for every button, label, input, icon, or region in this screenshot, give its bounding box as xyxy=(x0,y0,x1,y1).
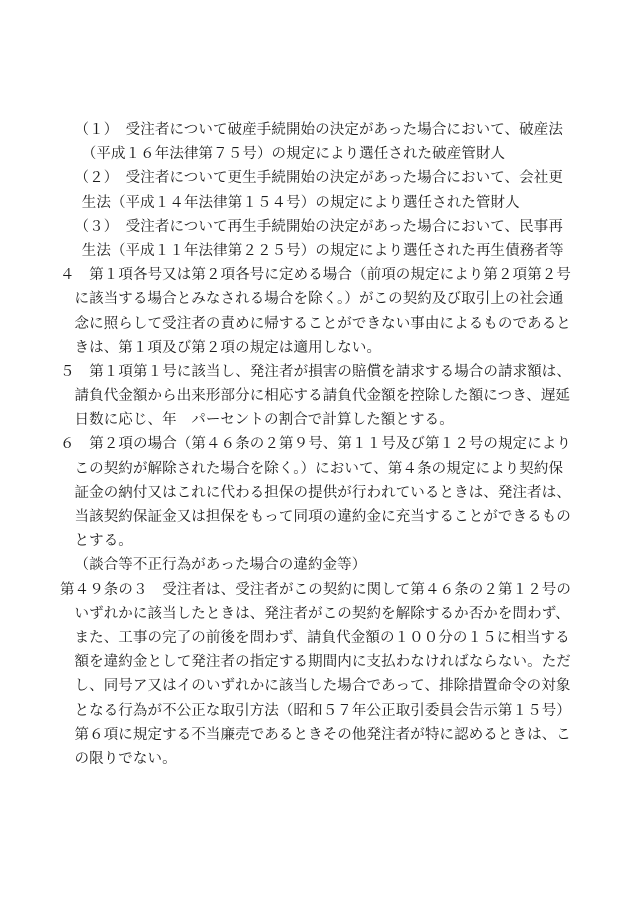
article-49-3-line-5: し、同号ア又はイのいずれかに該当した場合であって、排除措置命令の対象 xyxy=(60,674,610,698)
paragraph-4-line-1: ４ 第１項各号又は第２項各号に定める場合（前項の規定により第２項第２号 xyxy=(60,263,610,287)
item-3-line-2: 生法（平成１１年法律第２２５号）の規定により選任された再生債務者等 xyxy=(60,239,610,263)
paragraph-5-line-1: ５ 第１項第１号に該当し、発注者が損害の賠償を請求する場合の請求額は、 xyxy=(60,360,610,384)
article-49-3-line-8: の限りでない。 xyxy=(60,747,610,771)
paragraph-4-line-4: きは、第１項及び第２項の規定は適用しない。 xyxy=(60,336,610,360)
item-1-line-2: （平成１６年法律第７５号）の規定により選任された破産管財人 xyxy=(60,142,610,166)
item-2-line-2: 生法（平成１４年法律第１５４号）の規定により選任された管財人 xyxy=(60,191,610,215)
paragraph-6-line-2: この契約が解除された場合を除く。）において、第４条の規定により契約保 xyxy=(60,457,610,481)
paragraph-5-line-2: 請負代金額から出来形部分に相応する請負代金額を控除した額につき、遅延 xyxy=(60,384,610,408)
paragraph-5-line-3: 日数に応じ、年 パーセントの割合で計算した額とする。 xyxy=(60,408,610,432)
article-49-3-line-4: 額を違約金として発注者の指定する期間内に支払わなければならない。ただ xyxy=(60,650,610,674)
paragraph-4-line-2: に該当する場合とみなされる場合を除く。）がこの契約及び取引上の社会通 xyxy=(60,287,610,311)
article-49-3-line-6: となる行為が不公正な取引方法（昭和５７年公正取引委員会告示第１５号） xyxy=(60,699,610,723)
paragraph-6-line-1: ６ 第２項の場合（第４６条の２第９号、第１１号及び第１２号の規定により xyxy=(60,432,610,456)
document-page: （１） 受注者について破産手続開始の決定があった場合において、破産法（平成１６年… xyxy=(0,0,630,903)
article-49-3-line-2: いずれかに該当したときは、発注者がこの契約を解除するか否かを問わず、 xyxy=(60,602,610,626)
item-2-line-1: （２） 受注者について更生手続開始の決定があった場合において、会社更 xyxy=(60,166,610,190)
document-body: （１） 受注者について破産手続開始の決定があった場合において、破産法（平成１６年… xyxy=(60,118,610,771)
paragraph-4-line-3: 念に照らして受注者の責めに帰することができない事由によるものであると xyxy=(60,312,610,336)
item-3-line-1: （３） 受注者について再生手続開始の決定があった場合において、民事再 xyxy=(60,215,610,239)
section-heading: （談合等不正行為があった場合の違約金等） xyxy=(60,553,610,577)
paragraph-6-line-5: とする。 xyxy=(60,529,610,553)
article-49-3-line-1: 第４９条の３ 受注者は、受注者がこの契約に関して第４６条の２第１２号の xyxy=(60,578,610,602)
item-1-line-1: （１） 受注者について破産手続開始の決定があった場合において、破産法 xyxy=(60,118,610,142)
article-49-3-line-7: 第６項に規定する不当廉売であるときその他発注者が特に認めるときは、こ xyxy=(60,723,610,747)
paragraph-6-line-4: 当該契約保証金又は担保をもって同項の違約金に充当することができるもの xyxy=(60,505,610,529)
article-49-3-line-3: また、工事の完了の前後を問わず、請負代金額の１００分の１５に相当する xyxy=(60,626,610,650)
paragraph-6-line-3: 証金の納付又はこれに代わる担保の提供が行われているときは、発注者は、 xyxy=(60,481,610,505)
